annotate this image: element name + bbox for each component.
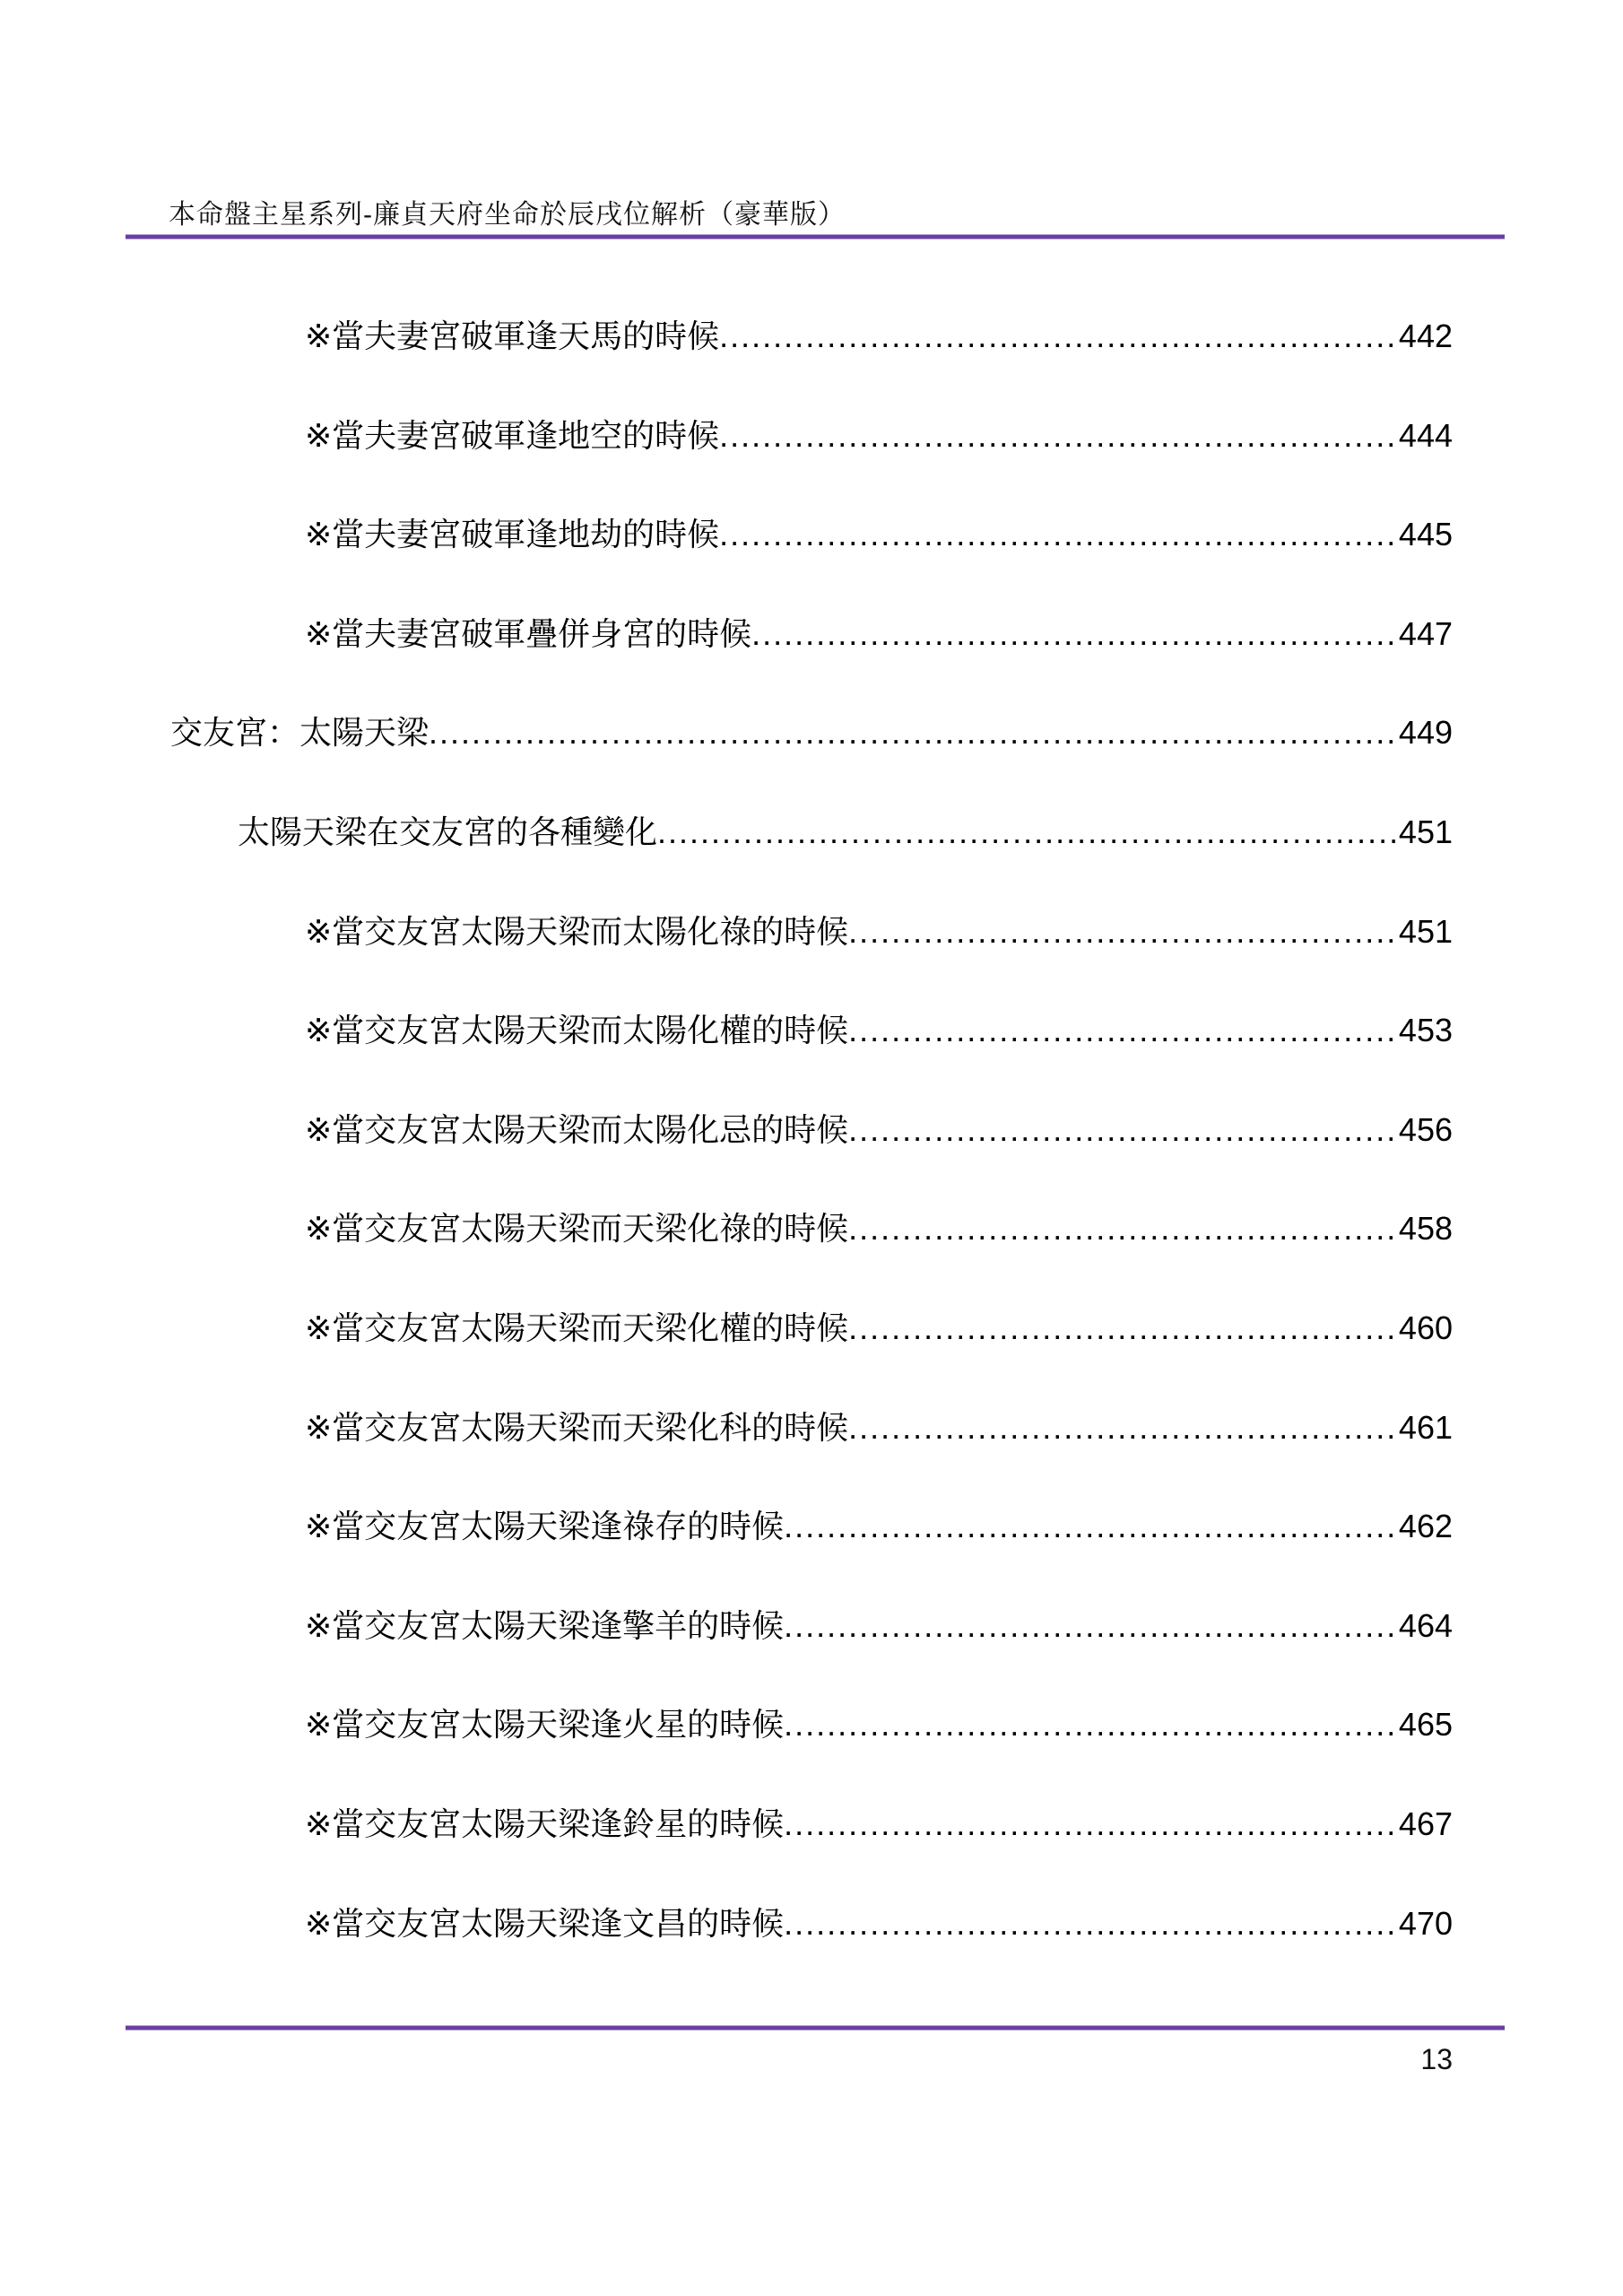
toc-entry-page: 467	[1396, 1775, 1453, 1874]
toc-entry-page: 461	[1396, 1378, 1453, 1478]
toc-entry[interactable]: ※當交友宮太陽天梁而太陽化權的時候453	[0, 981, 1623, 1081]
toc-entry-label: ※當交友宮太陽天梁逢祿存的時候	[305, 1477, 784, 1577]
toc-entry-page: 445	[1396, 485, 1453, 585]
toc-entry[interactable]: ※當夫妻宮破軍逢天馬的時候442	[0, 287, 1623, 387]
toc-entry-label: ※當夫妻宮破軍疊併身宮的時候	[305, 585, 751, 684]
toc-entry-page: 447	[1396, 585, 1453, 684]
running-header-title: 本命盤主星系列-廉貞天府坐命於辰戌位解析（豪華版）	[169, 192, 846, 231]
toc-entry[interactable]: ※當交友宮太陽天梁逢鈴星的時候467	[0, 1775, 1623, 1874]
dot-leader	[719, 387, 1396, 486]
dot-leader	[784, 1477, 1396, 1577]
toc-entry-page: 470	[1396, 1874, 1453, 1974]
toc-entry[interactable]: ※當交友宮太陽天梁逢擎羊的時候464	[0, 1577, 1623, 1676]
toc-entry[interactable]: ※當夫妻宮破軍疊併身宮的時候447	[0, 585, 1623, 684]
toc-entry[interactable]: ※當交友宮太陽天梁而天梁化祿的時候458	[0, 1179, 1623, 1279]
toc-entry-label: ※當交友宮太陽天梁而天梁化權的時候	[305, 1279, 848, 1378]
toc-entry-page: 458	[1396, 1179, 1453, 1279]
header-divider-rule	[126, 234, 1505, 239]
toc-entry-page: 444	[1396, 387, 1453, 486]
toc-entry-label: ※當交友宮太陽天梁逢鈴星的時候	[305, 1775, 784, 1874]
toc-entry-label: ※當交友宮太陽天梁而太陽化權的時候	[305, 981, 848, 1081]
toc-entry-label: ※當交友宮太陽天梁逢火星的時候	[305, 1675, 784, 1775]
dot-leader	[848, 1081, 1396, 1180]
dot-leader	[848, 981, 1396, 1081]
toc-entry-page: 451	[1396, 883, 1453, 982]
toc-entry-label: ※當交友宮太陽天梁而天梁化祿的時候	[305, 1179, 848, 1279]
toc-entry[interactable]: ※當交友宮太陽天梁而天梁化科的時候461	[0, 1378, 1623, 1478]
toc-entry-page: 456	[1396, 1081, 1453, 1180]
toc-entry-page: 462	[1396, 1477, 1453, 1577]
dot-leader	[848, 883, 1396, 982]
dot-leader	[719, 287, 1396, 387]
toc-entry-label: ※當夫妻宮破軍逢地空的時候	[305, 387, 719, 486]
toc-entry-label: ※當交友宮太陽天梁而天梁化科的時候	[305, 1378, 848, 1478]
toc-entry-page: 465	[1396, 1675, 1453, 1775]
dot-leader	[848, 1279, 1396, 1378]
dot-leader	[784, 1874, 1396, 1974]
dot-leader	[784, 1675, 1396, 1775]
toc-entry-page: 464	[1396, 1577, 1453, 1676]
toc-entry[interactable]: ※當交友宮太陽天梁逢文昌的時候470	[0, 1874, 1623, 1974]
toc-entry-label: 交友宮：太陽天梁	[170, 683, 429, 783]
toc-entry-page: 453	[1396, 981, 1453, 1081]
toc-entry-page: 451	[1396, 783, 1453, 883]
toc-entry[interactable]: ※當交友宮太陽天梁而天梁化權的時候460	[0, 1279, 1623, 1378]
dot-leader	[784, 1775, 1396, 1874]
dot-leader	[848, 1179, 1396, 1279]
toc-entry[interactable]: ※當交友宮太陽天梁逢火星的時候465	[0, 1675, 1623, 1775]
toc-entry-label: ※當交友宮太陽天梁而太陽化忌的時候	[305, 1081, 848, 1180]
dot-leader	[719, 485, 1396, 585]
toc-entry-page: 449	[1396, 683, 1453, 783]
dot-leader	[751, 585, 1396, 684]
dot-leader	[657, 783, 1396, 883]
toc-entry-label: ※當交友宮太陽天梁逢擎羊的時候	[305, 1577, 784, 1676]
toc-list: ※當夫妻宮破軍逢天馬的時候442※當夫妻宮破軍逢地空的時候444※當夫妻宮破軍逢…	[0, 287, 1623, 1973]
footer-page-number: 13	[1273, 2043, 1453, 2076]
toc-entry-label: 太陽天梁在交友宮的各種變化	[238, 783, 657, 883]
dot-leader	[848, 1378, 1396, 1478]
document-page: 本命盤主星系列-廉貞天府坐命於辰戌位解析（豪華版） ※當夫妻宮破軍逢天馬的時候4…	[0, 0, 1623, 2296]
footer-divider-rule	[126, 2025, 1505, 2031]
toc-entry-label: ※當夫妻宮破軍逢天馬的時候	[305, 287, 719, 387]
toc-entry-page: 460	[1396, 1279, 1453, 1378]
toc-entry-label: ※當交友宮太陽天梁逢文昌的時候	[305, 1874, 784, 1974]
toc-entry-label: ※當夫妻宮破軍逢地劫的時候	[305, 485, 719, 585]
toc-entry[interactable]: 太陽天梁在交友宮的各種變化451	[0, 783, 1623, 883]
toc-entry[interactable]: ※當交友宮太陽天梁而太陽化忌的時候456	[0, 1081, 1623, 1180]
toc-entry[interactable]: ※當交友宮太陽天梁而太陽化祿的時候451	[0, 883, 1623, 982]
toc-entry[interactable]: ※當交友宮太陽天梁逢祿存的時候462	[0, 1477, 1623, 1577]
toc-entry-label: ※當交友宮太陽天梁而太陽化祿的時候	[305, 883, 848, 982]
toc-entry[interactable]: 交友宮：太陽天梁449	[0, 683, 1623, 783]
toc-entry[interactable]: ※當夫妻宮破軍逢地空的時候444	[0, 387, 1623, 486]
dot-leader	[429, 683, 1396, 783]
toc-entry[interactable]: ※當夫妻宮破軍逢地劫的時候445	[0, 485, 1623, 585]
toc-entry-page: 442	[1396, 287, 1453, 387]
dot-leader	[784, 1577, 1396, 1676]
